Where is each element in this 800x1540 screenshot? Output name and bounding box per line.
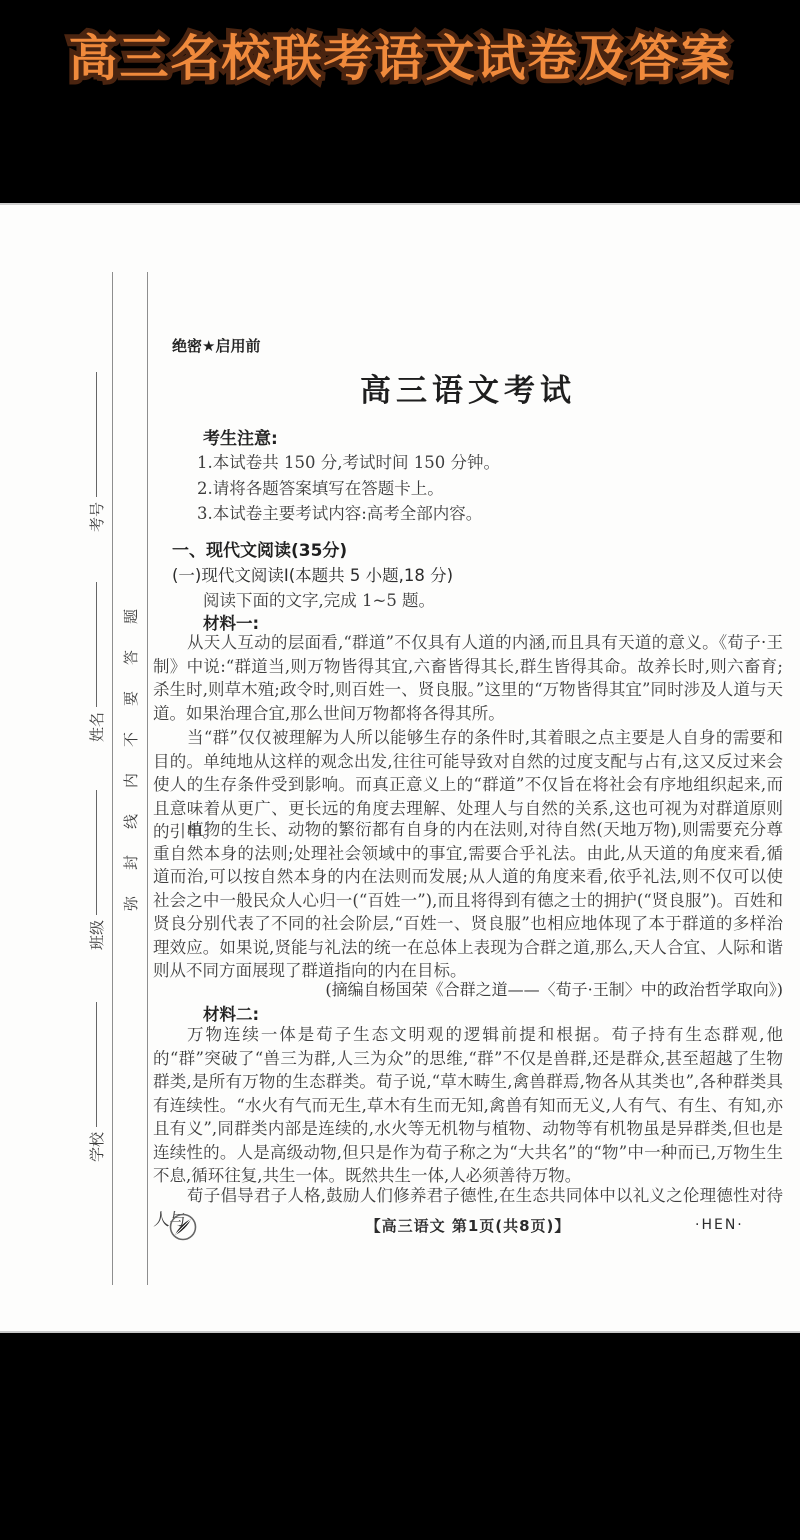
field-class: 班级	[85, 790, 107, 950]
footer-page-label: 【高三语文 第1页(共8页)】	[153, 1215, 783, 1236]
seal-line-inner-rule	[112, 272, 113, 1285]
fill-in-line	[96, 582, 97, 707]
notice-heading: 考生注意:	[153, 424, 800, 449]
section-instruction: 阅读下面的文字,完成 1~5 题。	[153, 587, 800, 611]
exam-title: 高三语文考试	[153, 365, 783, 410]
notice-item-3: 3.本试卷主要考试内容:高考全部内容。	[197, 501, 800, 527]
material1-paragraph-1: 从天人互动的层面看,“群道”不仅具有人道的内涵,而且具有天道的意义。《荀子·王制…	[153, 631, 783, 725]
field-name: 姓名	[85, 582, 107, 742]
fill-in-line	[96, 372, 97, 497]
notice-list: 1.本试卷共 150 分,考试时间 150 分钟。 2.请将各题答案填写在答题卡…	[153, 450, 800, 527]
footer-region-code: ·HEN·	[695, 1217, 744, 1233]
secrecy-label: 绝密★启用前	[153, 335, 800, 356]
material1-attribution: (摘编自杨国荣《合群之道——〈荀子·王制〉中的政治哲学取向》)	[153, 977, 795, 1000]
page-title: 高三名校联考语文试卷及答案 高三名校联考语文试卷及答案	[0, 20, 800, 90]
notice-item-1: 1.本试卷共 150 分,考试时间 150 分钟。	[197, 450, 800, 476]
fill-in-line	[96, 790, 97, 915]
notice-item-2: 2.请将各题答案填写在答题卡上。	[197, 476, 800, 502]
field-class-label: 班级	[86, 920, 107, 950]
exam-paper-page: 考号 姓名 班级 学校 弥封线内不要答题 绝密★启用前 高三语文考试 考生注意:…	[0, 203, 800, 1333]
material2-paragraph-1: 万物连续一体是荀子生态文明观的逻辑前提和根据。荀子持有生态群观,他的“群”突破了…	[153, 1023, 783, 1188]
section-subheading: (一)现代文阅读Ⅰ(本题共 5 小题,18 分)	[153, 562, 800, 586]
material1-paragraph-3: 植物的生长、动物的繁衍都有自身的内在法则,对待自然(天地万物),则需要充分尊重自…	[153, 818, 783, 983]
field-school: 学校	[85, 1002, 107, 1162]
fill-in-line	[96, 1002, 97, 1127]
field-exam-number: 考号	[85, 372, 107, 532]
page-title-fill: 高三名校联考语文试卷及答案	[0, 20, 800, 90]
seal-warning-text: 弥封线内不要答题	[120, 597, 142, 937]
section-heading: 一、现代文阅读(35分)	[153, 536, 800, 561]
seal-line-outer-rule	[147, 272, 148, 1285]
field-exam-number-label: 考号	[86, 502, 107, 532]
field-name-label: 姓名	[86, 712, 107, 742]
field-school-label: 学校	[86, 1132, 107, 1162]
material2-label: 材料二:	[153, 1001, 800, 1025]
